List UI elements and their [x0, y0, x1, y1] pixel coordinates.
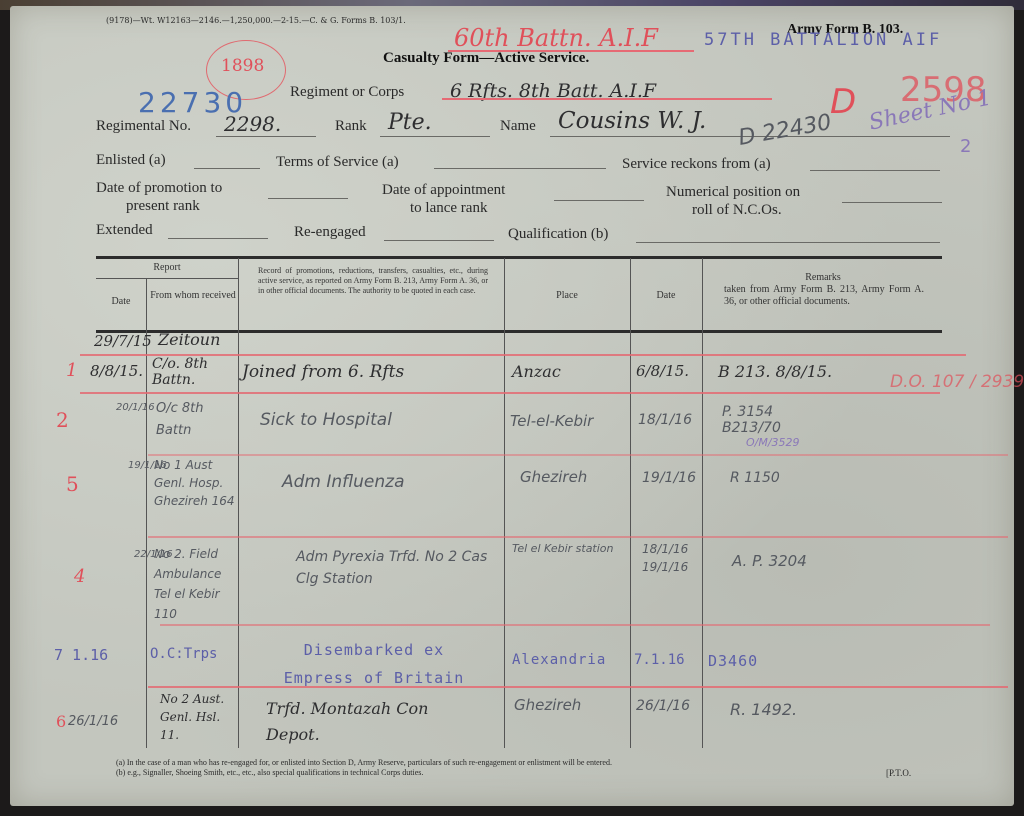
- row-rule: [160, 624, 990, 626]
- promotion-label-2: present rank: [126, 198, 200, 215]
- row-6-marker: 6: [56, 712, 66, 731]
- name-label: Name: [500, 118, 536, 135]
- struck-battalion-heading: 60th Battn. A.I.F: [454, 24, 658, 52]
- row-6-from: No 2 Aust. Genl. Hsl. 11.: [160, 690, 240, 744]
- row-2-date-2: 18/1/16: [638, 412, 692, 428]
- header-place: Place: [504, 290, 630, 302]
- service-reckons-line: [810, 170, 940, 171]
- circled-number: 1898: [221, 56, 264, 76]
- numerical-position-label-1: Numerical position on: [666, 184, 800, 201]
- row-6-place: Ghezireh: [514, 696, 581, 714]
- regimental-no-value: 2298.: [224, 112, 281, 136]
- col-divider-4: [630, 258, 631, 748]
- row-4-date: 22/1/16: [134, 548, 150, 562]
- name-value: Cousins W. J.: [558, 108, 706, 134]
- promotion-line: [268, 198, 348, 199]
- row-2-record: Sick to Hospital: [260, 410, 392, 430]
- row-3-record: Adm Influenza: [282, 472, 405, 492]
- row-6-date: 26/1/16: [68, 714, 118, 729]
- report-sub-rule: [96, 278, 238, 279]
- red-d-mark: D: [830, 82, 856, 122]
- regiment-label: Regiment or Corps: [290, 84, 404, 101]
- row-2-from: O/c 8th Battn: [156, 398, 236, 442]
- pto-note: [P.T.O.: [886, 768, 911, 778]
- row-2-remarks: P. 3154 B213/70: [722, 404, 822, 436]
- row-4-date-2: 18/1/16 19/1/16: [642, 540, 702, 576]
- row-1-place: Anzac: [512, 362, 561, 381]
- footnote-b: (b) e.g., Signaller, Shoeing Smith, etc.…: [116, 768, 423, 777]
- promotion-label-1: Date of promotion to: [96, 180, 222, 197]
- enlisted-line: [194, 168, 260, 169]
- row-2-date: 20/1/16: [116, 402, 146, 413]
- battalion-stamp: 57TH BATTALION AIF: [704, 30, 942, 50]
- header-date-2: Date: [630, 290, 702, 302]
- row-1-from: C/o. 8th Battn.: [152, 356, 236, 388]
- row-1-record: Joined from 6. Rfts: [242, 362, 404, 382]
- row-6-record: Trfd. Montazah Con Depot.: [266, 696, 486, 748]
- col-divider-5: [702, 258, 703, 748]
- row-3-date-2: 19/1/16: [642, 470, 696, 486]
- row-5-date-2: 7.1.16: [634, 652, 685, 668]
- pencil-reference: D 22430: [737, 110, 834, 151]
- terms-line: [434, 168, 606, 169]
- footnote-a: (a) In the case of a man who has re-enga…: [116, 758, 612, 767]
- row-3-remarks: R 1150: [730, 470, 780, 486]
- row-0-date: 29/7/15: [94, 332, 152, 350]
- extended-label: Extended: [96, 222, 153, 239]
- row-5-place: Alexandria: [512, 652, 606, 668]
- row-5-remarks: D3460: [708, 652, 758, 670]
- row-4-from: No 2. Field Ambulance Tel el Kebir 110: [154, 544, 240, 624]
- qualification-line: [636, 242, 940, 243]
- qualification-label: Qualification (b): [508, 226, 608, 243]
- col-divider-2: [238, 258, 239, 748]
- row-rule: [148, 536, 1008, 538]
- row-6-date-2: 26/1/16: [636, 698, 690, 714]
- header-from-whom: From whom received: [150, 290, 236, 302]
- row-2-remarks-extra: O/M/3529: [746, 436, 800, 449]
- row-4-remarks: A. P. 3204: [732, 552, 807, 570]
- row-rule: [148, 454, 1008, 456]
- row-4-place: Tel el Kebir station: [512, 540, 630, 558]
- table-top-rule: [96, 256, 942, 259]
- rank-label: Rank: [335, 118, 367, 135]
- extended-line: [168, 238, 268, 239]
- row-2-marker: 2: [56, 408, 69, 432]
- terms-of-service-label: Terms of Service (a): [276, 154, 399, 171]
- row-3-place: Ghezireh: [520, 468, 587, 486]
- regimental-no-line: [216, 136, 316, 137]
- numerical-position-line: [842, 202, 942, 203]
- header-remarks-title: Remarks: [720, 272, 926, 284]
- rank-value: Pte.: [388, 110, 432, 135]
- printer-line: (9178)—Wt. W12163—2146.—1,250,000.—2-15.…: [106, 16, 406, 25]
- row-4-record: Adm Pyrexia Trfd. No 2 Cas Clg Station: [296, 546, 506, 590]
- numerical-position-label-2: roll of N.C.Os.: [692, 202, 782, 219]
- sheet-fraction: 2: [960, 136, 971, 157]
- row-1-date-2: 6/8/15.: [636, 362, 689, 380]
- re-engaged-line: [384, 240, 494, 241]
- regiment-strike: [442, 98, 772, 100]
- row-rule: [80, 392, 940, 394]
- row-1-date: 8/8/15.: [90, 362, 143, 380]
- row-5-record: Disembarked ex Empress of Britain: [264, 636, 484, 692]
- row-5-date: 7 1.16: [54, 646, 108, 664]
- appointment-label-2: to lance rank: [410, 200, 487, 217]
- header-record: Record of promotions, reductions, transf…: [258, 266, 488, 296]
- table-header-bottom-rule: [96, 330, 942, 333]
- row-5-from: O.C:Trps: [150, 646, 217, 662]
- service-reckons-label: Service reckons from (a): [622, 156, 771, 173]
- row-6-remarks: R. 1492.: [730, 700, 797, 719]
- row-3-from: No 1 Aust Genl. Hosp. Ghezireh 164: [154, 456, 238, 510]
- row-4-marker: 4: [74, 566, 85, 587]
- row-3-marker: 5: [66, 472, 79, 496]
- casualty-form-sheet: (9178)—Wt. W12163—2146.—1,250,000.—2-15.…: [10, 6, 1014, 806]
- row-1-marker: 1: [66, 360, 77, 381]
- re-engaged-label: Re-engaged: [294, 224, 366, 241]
- enlisted-label: Enlisted (a): [96, 152, 166, 169]
- row-1-remarks: B 213. 8/8/15.: [718, 362, 832, 381]
- appointment-line: [554, 200, 644, 201]
- regimental-no-label: Regimental No.: [96, 118, 191, 135]
- rank-line: [380, 136, 490, 137]
- row-0-from: Zeitoun: [158, 330, 220, 349]
- header-remarks: taken from Army Form B. 213, Army Form A…: [724, 284, 924, 308]
- row-3-date: 19/1/16: [128, 458, 148, 474]
- form-title: Casualty Form—Active Service.: [383, 50, 589, 67]
- appointment-label-1: Date of appointment: [382, 182, 505, 199]
- row-2-place: Tel-el-Kebir: [510, 412, 593, 430]
- header-date: Date: [96, 296, 146, 308]
- header-report: Report: [96, 262, 238, 274]
- col-divider-3: [504, 258, 505, 748]
- row-1-side-note: D.O. 107 / 2939: [890, 372, 1024, 392]
